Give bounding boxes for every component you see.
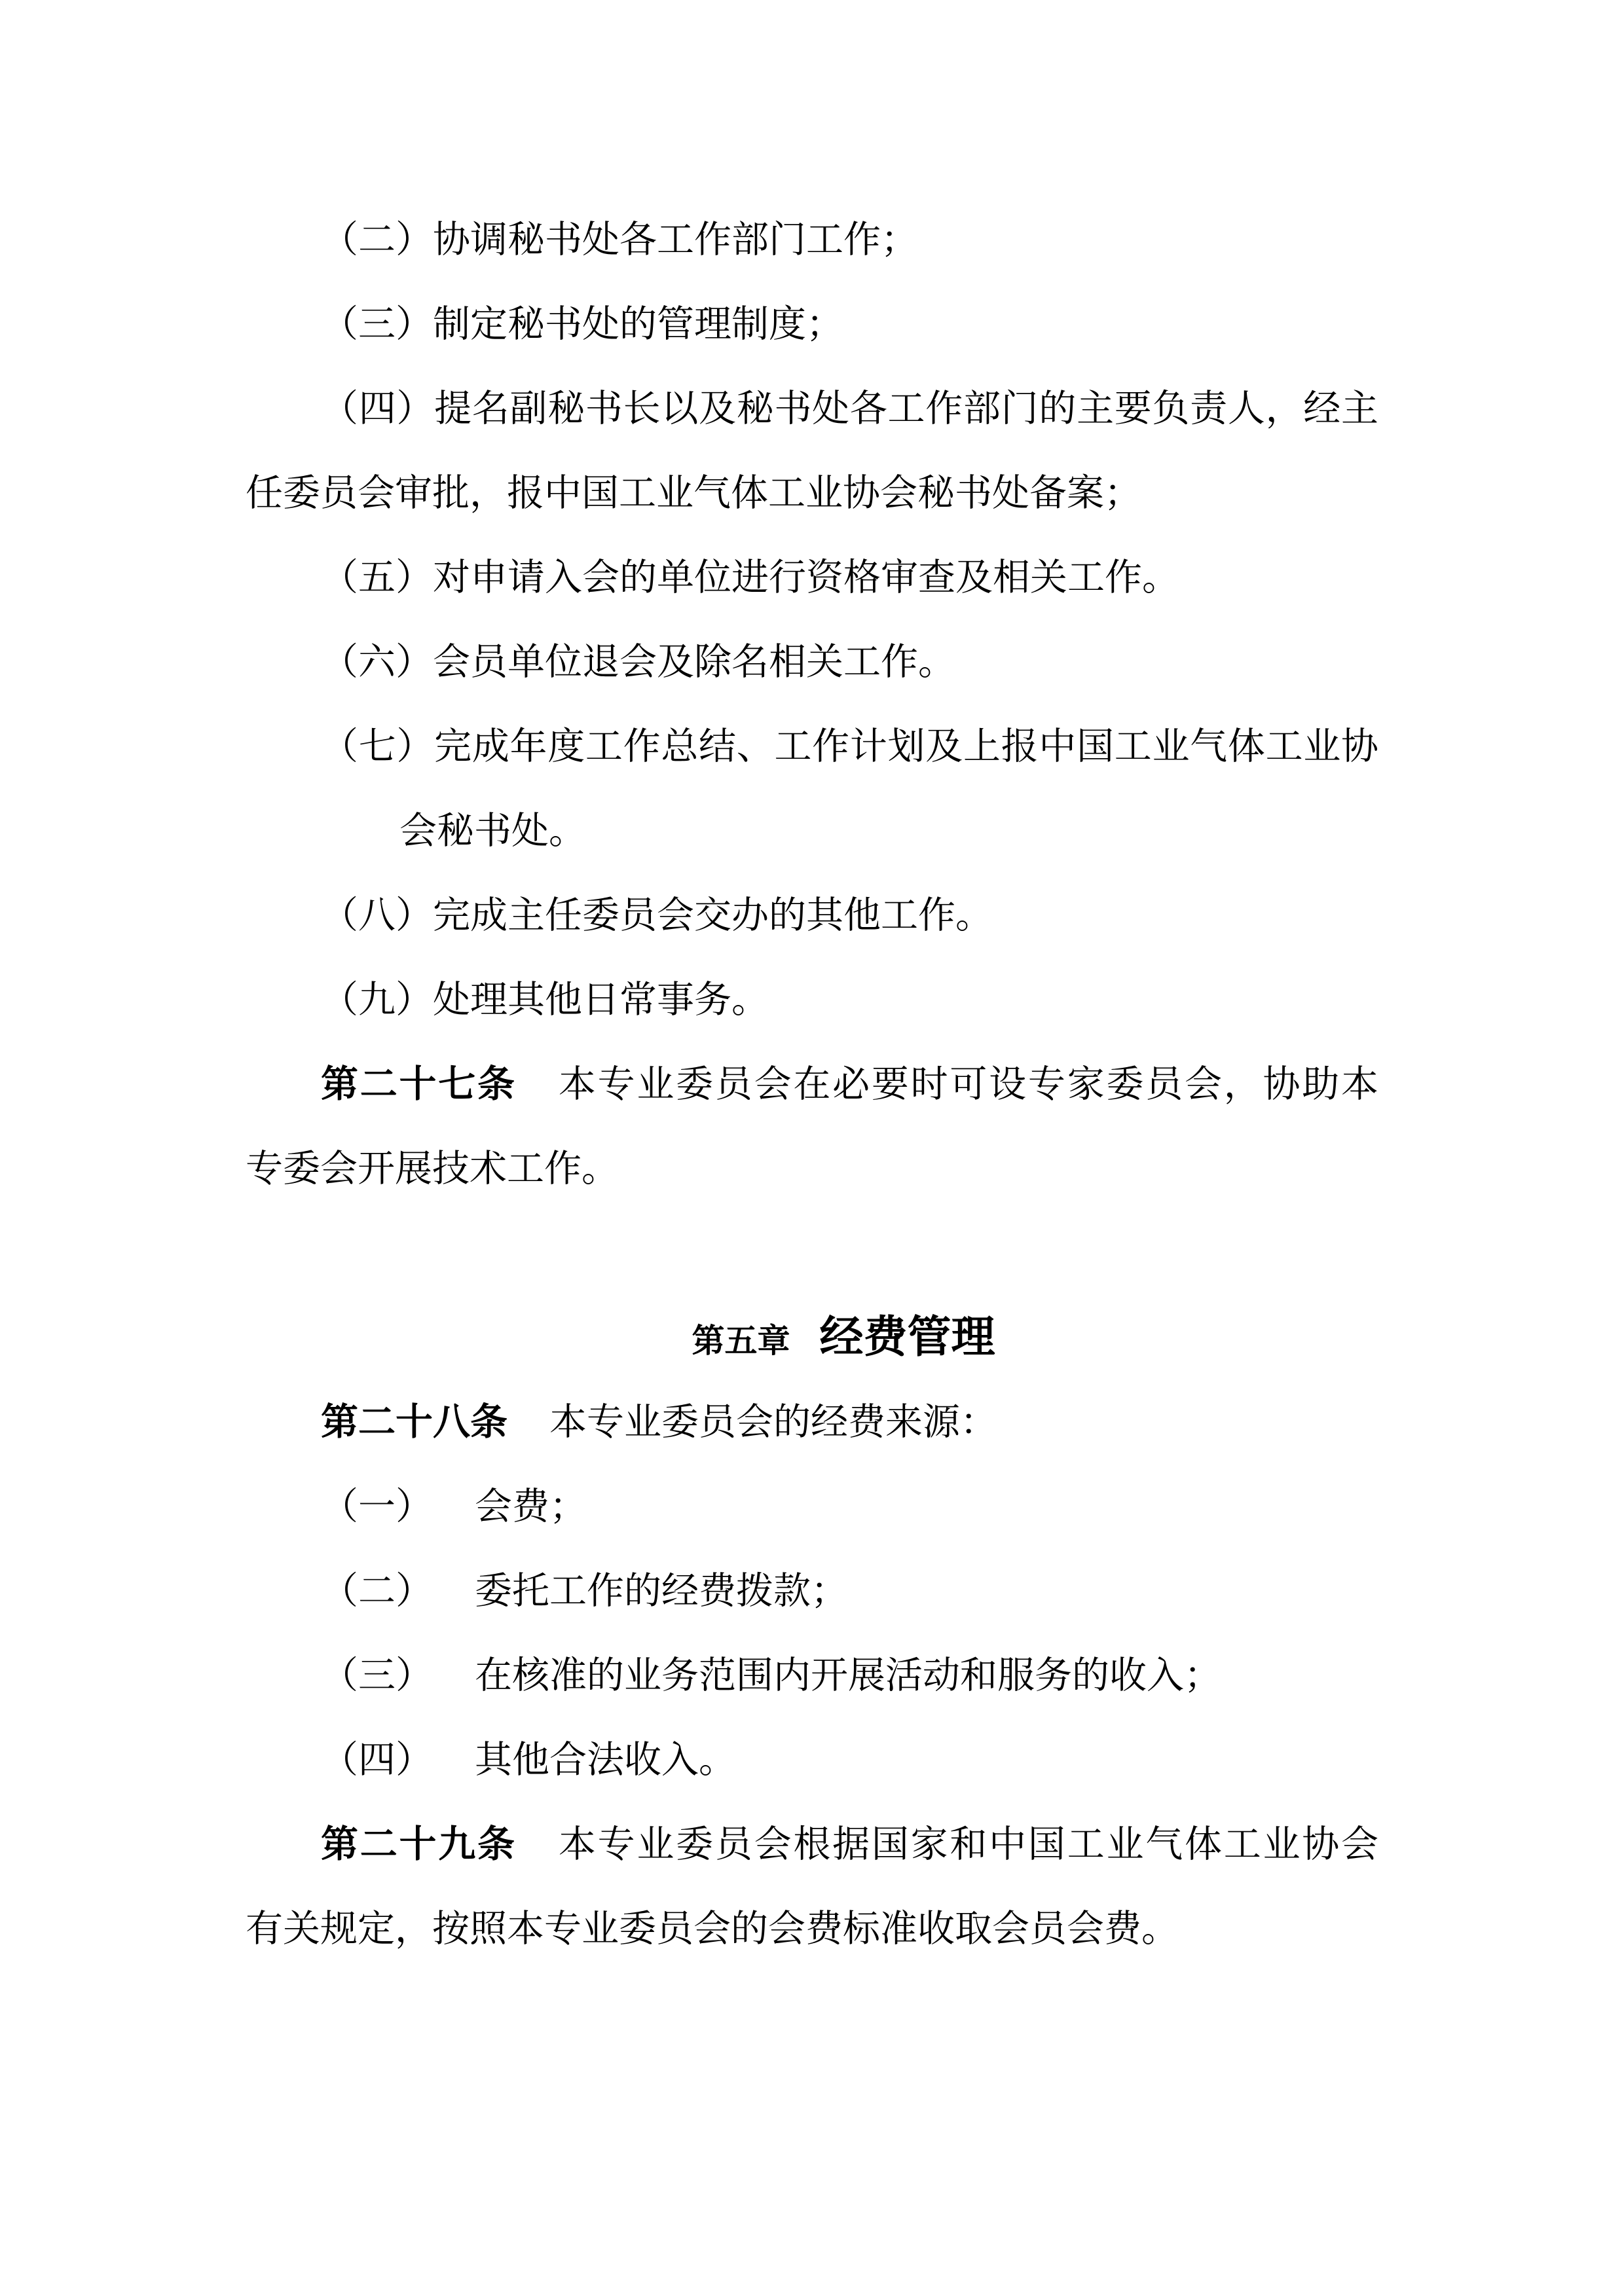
document-line: （一）会费； — [246, 1465, 1378, 1549]
chapter-heading: 第五章经费管理 — [246, 1296, 1378, 1380]
article-number: 第二十八条 — [321, 1402, 507, 1443]
document-line: 有关规定，按照本专业委员会的会费标准收取会员会费。 — [246, 1887, 1378, 1971]
document-line: （四）提名副秘书长以及秘书处各工作部门的主要负责人，经主 — [246, 367, 1378, 451]
document-line: 专委会开展技术工作。 — [246, 1127, 1378, 1211]
document-body: （二）协调秘书处各工作部门工作；（三）制定秘书处的管理制度；（四）提名副秘书长以… — [246, 198, 1378, 1971]
line-text: 会费； — [475, 1486, 587, 1527]
line-text: （三）制定秘书处的管理制度； — [321, 304, 843, 345]
line-text: 本专业委员会根据国家和中国工业气体工业协会 — [559, 1824, 1378, 1865]
line-text: 委托工作的经费拨款； — [475, 1571, 848, 1612]
document-line: 第二十八条本专业委员会的经费来源： — [246, 1380, 1378, 1465]
document-line: 会秘书处。 — [246, 789, 1378, 873]
list-marker: （四） — [321, 1740, 433, 1781]
document-line: 第二十九条本专业委员会根据国家和中国工业气体工业协会 — [246, 1802, 1378, 1887]
list-marker: （二） — [321, 1571, 433, 1612]
line-text: 专委会开展技术工作。 — [246, 1148, 619, 1190]
line-text: 在核准的业务范围内开展活动和服务的收入； — [475, 1655, 1221, 1696]
document-line: （二）协调秘书处各工作部门工作； — [246, 198, 1378, 282]
document-line: （八）完成主任委员会交办的其他工作。 — [246, 873, 1378, 958]
blank-line — [246, 1211, 1378, 1296]
line-text: （八）完成主任委员会交办的其他工作。 — [321, 895, 993, 936]
line-text: （七）完成年度工作总结、工作计划及上报中国工业气体工业协 — [321, 726, 1378, 767]
line-text: 本专业委员会的经费来源： — [549, 1402, 997, 1443]
chapter-number: 第五章 — [692, 1322, 790, 1359]
document-line: （九）处理其他日常事务。 — [246, 958, 1378, 1042]
line-text: （二）协调秘书处各工作部门工作； — [321, 219, 918, 261]
document-line: （四）其他合法收入。 — [246, 1718, 1378, 1802]
document-line: 任委员会审批，报中国工业气体工业协会秘书处备案； — [246, 451, 1378, 536]
document-line: （三）在核准的业务范围内开展活动和服务的收入； — [246, 1633, 1378, 1718]
document-line: （三）制定秘书处的管理制度； — [246, 282, 1378, 367]
document-line: （七）完成年度工作总结、工作计划及上报中国工业气体工业协 — [246, 704, 1378, 789]
document-line: （二）委托工作的经费拨款； — [246, 1549, 1378, 1633]
document-line: （六）会员单位退会及除名相关工作。 — [246, 620, 1378, 704]
line-text: 其他合法收入。 — [475, 1740, 736, 1781]
line-text: （四）提名副秘书长以及秘书处各工作部门的主要负责人，经主 — [321, 388, 1378, 429]
document-page: （二）协调秘书处各工作部门工作；（三）制定秘书处的管理制度；（四）提名副秘书长以… — [0, 0, 1624, 2296]
line-text: 有关规定，按照本专业委员会的会费标准收取会员会费。 — [246, 1908, 1179, 1950]
article-number: 第二十九条 — [321, 1824, 517, 1865]
line-text: 本专业委员会在必要时可设专家委员会，协助本 — [559, 1064, 1378, 1105]
line-text: 会秘书处。 — [399, 811, 586, 852]
line-text: （五）对申请入会的单位进行资格审查及相关工作。 — [321, 557, 1179, 598]
list-marker: （三） — [321, 1655, 433, 1696]
list-marker: （一） — [321, 1486, 433, 1527]
line-text: （九）处理其他日常事务。 — [321, 979, 769, 1021]
article-number: 第二十七条 — [321, 1064, 517, 1105]
line-text: （六）会员单位退会及除名相关工作。 — [321, 642, 955, 683]
line-text: 任委员会审批，报中国工业气体工业协会秘书处备案； — [246, 473, 1141, 514]
document-line: 第二十七条本专业委员会在必要时可设专家委员会，协助本 — [246, 1042, 1378, 1127]
chapter-title: 经费管理 — [820, 1313, 995, 1362]
document-line: （五）对申请入会的单位进行资格审查及相关工作。 — [246, 536, 1378, 620]
